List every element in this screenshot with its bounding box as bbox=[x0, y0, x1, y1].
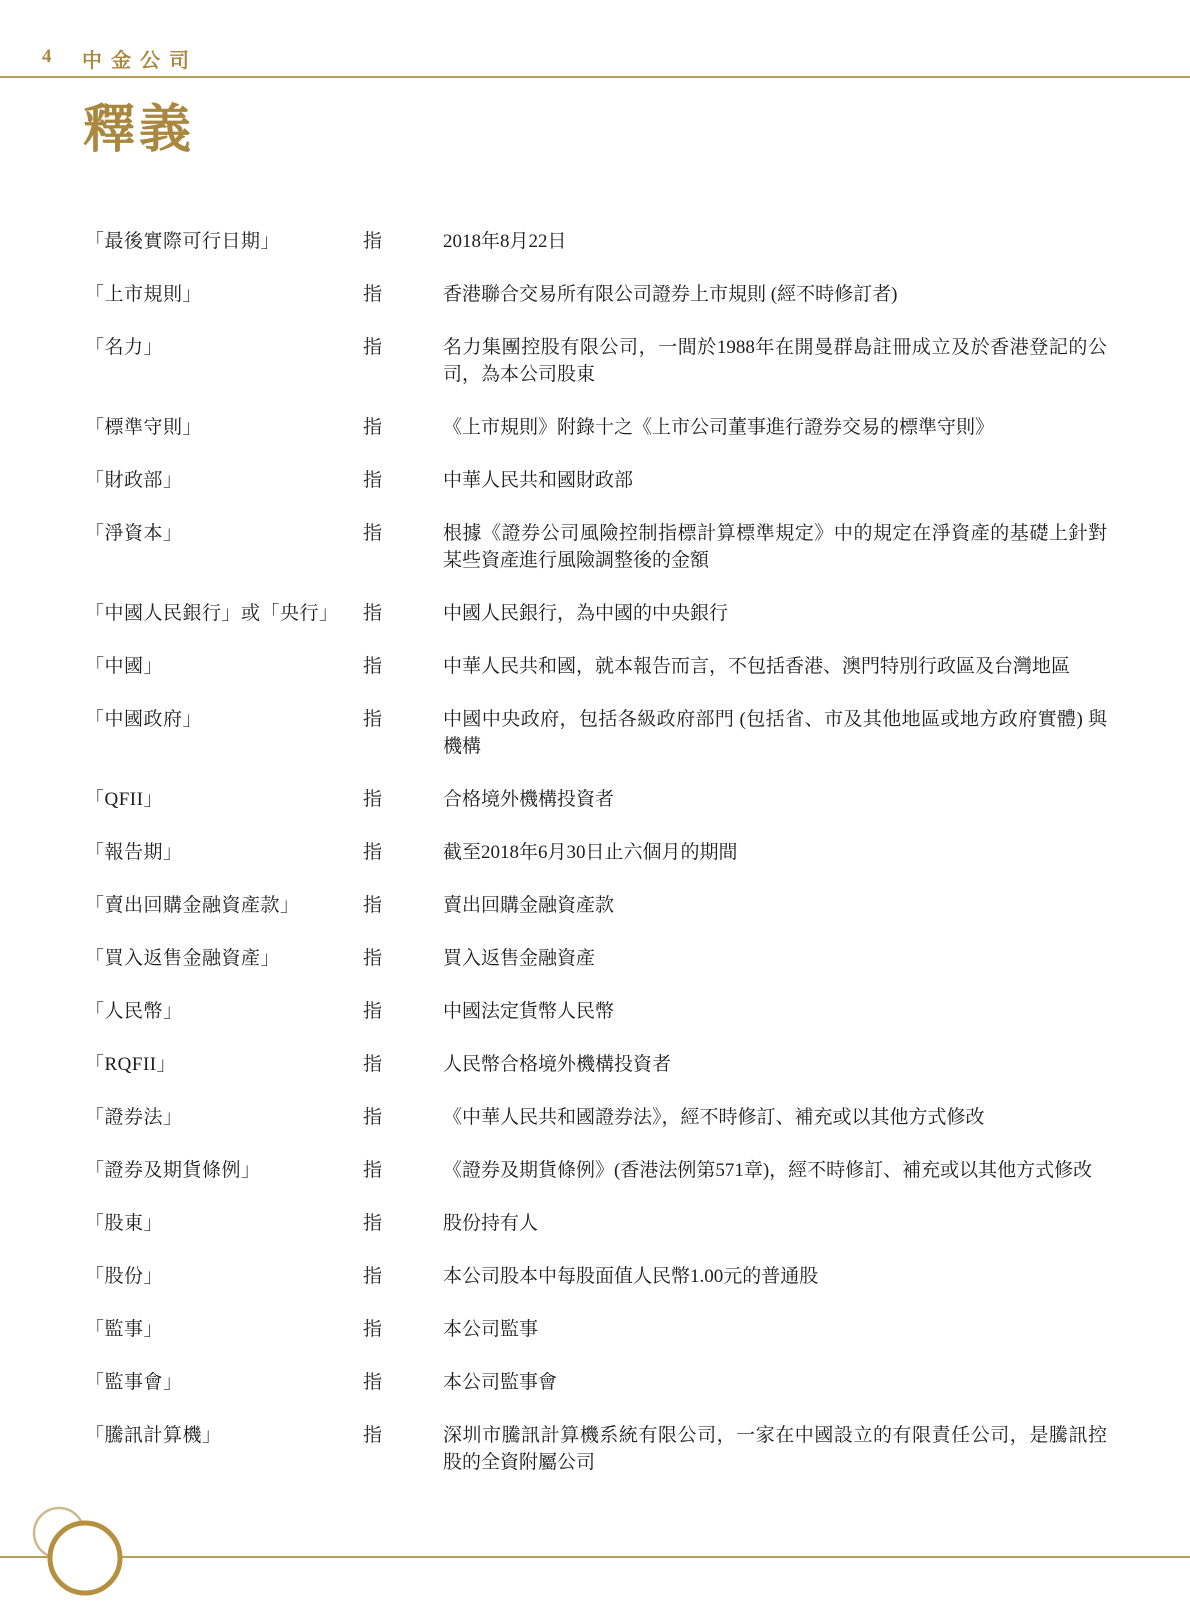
glossary-connector: 指 bbox=[363, 839, 443, 866]
glossary-definition: 深圳市騰訊計算機系統有限公司，一家在中國設立的有限責任公司，是騰訊控股的全資附屬… bbox=[443, 1422, 1107, 1476]
glossary-term: 「淨資本」 bbox=[85, 520, 363, 547]
glossary-definition: 名力集團控股有限公司，一間於1988年在開曼群島註冊成立及於香港登記的公司，為本… bbox=[443, 334, 1107, 388]
glossary-definition: 2018年8月22日 bbox=[443, 228, 1107, 255]
glossary-definition: 賣出回購金融資產款 bbox=[443, 892, 1107, 919]
glossary-connector: 指 bbox=[363, 1263, 443, 1290]
glossary-list: 「最後實際可行日期」 指 2018年8月22日 「上市規則」 指 香港聯合交易所… bbox=[85, 228, 1107, 1476]
glossary-term: 「名力」 bbox=[85, 334, 363, 361]
glossary-row: 「股份」 指 本公司股本中每股面值人民幣1.00元的普通股 bbox=[85, 1263, 1107, 1290]
glossary-connector: 指 bbox=[363, 945, 443, 972]
glossary-term: 「最後實際可行日期」 bbox=[85, 228, 363, 255]
glossary-row: 「中國政府」 指 中國中央政府，包括各級政府部門 (包括省、市及其他地區或地方政… bbox=[85, 706, 1107, 760]
glossary-definition: 根據《證券公司風險控制指標計算標準規定》中的規定在淨資產的基礎上針對某些資產進行… bbox=[443, 520, 1107, 574]
glossary-definition: 中國法定貨幣人民幣 bbox=[443, 998, 1107, 1025]
glossary-row: 「上市規則」 指 香港聯合交易所有限公司證券上市規則 (經不時修訂者) bbox=[85, 281, 1107, 308]
glossary-definition: 本公司監事 bbox=[443, 1316, 1107, 1343]
glossary-term: 「賣出回購金融資產款」 bbox=[85, 892, 363, 919]
glossary-term: 「證券及期貨條例」 bbox=[85, 1157, 363, 1184]
glossary-term: 「財政部」 bbox=[85, 467, 363, 494]
glossary-row: 「報告期」 指 截至2018年6月30日止六個月的期間 bbox=[85, 839, 1107, 866]
glossary-connector: 指 bbox=[363, 998, 443, 1025]
glossary-row: 「證券法」 指 《中華人民共和國證券法》，經不時修訂、補充或以其他方式修改 bbox=[85, 1104, 1107, 1131]
glossary-definition: 中華人民共和國財政部 bbox=[443, 467, 1107, 494]
glossary-definition: 人民幣合格境外機構投資者 bbox=[443, 1051, 1107, 1078]
glossary-term: 「中國人民銀行」或「央行」 bbox=[85, 600, 363, 627]
glossary-connector: 指 bbox=[363, 467, 443, 494]
glossary-definition: 中華人民共和國，就本報告而言，不包括香港、澳門特別行政區及台灣地區 bbox=[443, 653, 1107, 680]
glossary-connector: 指 bbox=[363, 600, 443, 627]
page-number: 4 bbox=[42, 46, 52, 68]
glossary-connector: 指 bbox=[363, 281, 443, 308]
glossary-definition: 香港聯合交易所有限公司證券上市規則 (經不時修訂者) bbox=[443, 281, 1107, 308]
glossary-term: 「人民幣」 bbox=[85, 998, 363, 1025]
page-header: 4 中金公司 bbox=[0, 0, 1190, 78]
glossary-definition: 《中華人民共和國證券法》，經不時修訂、補充或以其他方式修改 bbox=[443, 1104, 1107, 1131]
glossary-term: 「報告期」 bbox=[85, 839, 363, 866]
glossary-definition: 股份持有人 bbox=[443, 1210, 1107, 1237]
glossary-term: 「中國政府」 bbox=[85, 706, 363, 733]
glossary-term: 「證券法」 bbox=[85, 1104, 363, 1131]
glossary-row: 「QFII」 指 合格境外機構投資者 bbox=[85, 786, 1107, 813]
glossary-row: 「標準守則」 指 《上市規則》附錄十之《上市公司董事進行證券交易的標準守則》 bbox=[85, 414, 1107, 441]
glossary-connector: 指 bbox=[363, 228, 443, 255]
glossary-row: 「股東」 指 股份持有人 bbox=[85, 1210, 1107, 1237]
glossary-definition: 《證券及期貨條例》(香港法例第571章)，經不時修訂、補充或以其他方式修改 bbox=[443, 1157, 1107, 1184]
glossary-row: 「中國人民銀行」或「央行」 指 中國人民銀行，為中國的中央銀行 bbox=[85, 600, 1107, 627]
glossary-definition: 《上市規則》附錄十之《上市公司董事進行證券交易的標準守則》 bbox=[443, 414, 1107, 441]
glossary-connector: 指 bbox=[363, 786, 443, 813]
glossary-row: 「財政部」 指 中華人民共和國財政部 bbox=[85, 467, 1107, 494]
glossary-definition: 本公司股本中每股面值人民幣1.00元的普通股 bbox=[443, 1263, 1107, 1290]
glossary-row: 「最後實際可行日期」 指 2018年8月22日 bbox=[85, 228, 1107, 255]
glossary-definition: 中國人民銀行，為中國的中央銀行 bbox=[443, 600, 1107, 627]
glossary-row: 「淨資本」 指 根據《證券公司風險控制指標計算標準規定》中的規定在淨資產的基礎上… bbox=[85, 520, 1107, 574]
glossary-connector: 指 bbox=[363, 892, 443, 919]
glossary-connector: 指 bbox=[363, 1316, 443, 1343]
glossary-connector: 指 bbox=[363, 1104, 443, 1131]
glossary-connector: 指 bbox=[363, 653, 443, 680]
glossary-row: 「監事」 指 本公司監事 bbox=[85, 1316, 1107, 1343]
glossary-term: 「監事」 bbox=[85, 1316, 363, 1343]
glossary-definition: 買入返售金融資產 bbox=[443, 945, 1107, 972]
glossary-connector: 指 bbox=[363, 1157, 443, 1184]
glossary-connector: 指 bbox=[363, 1210, 443, 1237]
glossary-term: 「股份」 bbox=[85, 1263, 363, 1290]
glossary-definition: 截至2018年6月30日止六個月的期間 bbox=[443, 839, 1107, 866]
glossary-row: 「賣出回購金融資產款」 指 賣出回購金融資產款 bbox=[85, 892, 1107, 919]
glossary-row: 「RQFII」 指 人民幣合格境外機構投資者 bbox=[85, 1051, 1107, 1078]
glossary-row: 「騰訊計算機」 指 深圳市騰訊計算機系統有限公司，一家在中國設立的有限責任公司，… bbox=[85, 1422, 1107, 1476]
glossary-term: 「股東」 bbox=[85, 1210, 363, 1237]
glossary-term: 「上市規則」 bbox=[85, 281, 363, 308]
glossary-row: 「中國」 指 中華人民共和國，就本報告而言，不包括香港、澳門特別行政區及台灣地區 bbox=[85, 653, 1107, 680]
glossary-row: 「人民幣」 指 中國法定貨幣人民幣 bbox=[85, 998, 1107, 1025]
glossary-term: 「騰訊計算機」 bbox=[85, 1422, 363, 1449]
glossary-connector: 指 bbox=[363, 1051, 443, 1078]
glossary-term: 「中國」 bbox=[85, 653, 363, 680]
glossary-term: 「買入返售金融資產」 bbox=[85, 945, 363, 972]
glossary-connector: 指 bbox=[363, 706, 443, 733]
glossary-definition: 中國中央政府，包括各級政府部門 (包括省、市及其他地區或地方政府實體) 與機構 bbox=[443, 706, 1107, 760]
glossary-term: 「標準守則」 bbox=[85, 414, 363, 441]
glossary-connector: 指 bbox=[363, 414, 443, 441]
glossary-term: 「QFII」 bbox=[85, 786, 363, 813]
glossary-connector: 指 bbox=[363, 1422, 443, 1449]
glossary-term: 「RQFII」 bbox=[85, 1051, 363, 1078]
glossary-row: 「買入返售金融資產」 指 買入返售金融資產 bbox=[85, 945, 1107, 972]
glossary-row: 「證券及期貨條例」 指 《證券及期貨條例》(香港法例第571章)，經不時修訂、補… bbox=[85, 1157, 1107, 1184]
glossary-definition: 本公司監事會 bbox=[443, 1369, 1107, 1396]
glossary-definition: 合格境外機構投資者 bbox=[443, 786, 1107, 813]
glossary-connector: 指 bbox=[363, 520, 443, 547]
decorative-circles-logo bbox=[0, 1480, 200, 1615]
company-name: 中金公司 bbox=[82, 44, 198, 73]
glossary-connector: 指 bbox=[363, 334, 443, 361]
dark-circle-icon bbox=[50, 1523, 120, 1593]
glossary-row: 「監事會」 指 本公司監事會 bbox=[85, 1369, 1107, 1396]
page-title: 釋義 bbox=[83, 102, 195, 160]
glossary-term: 「監事會」 bbox=[85, 1369, 363, 1396]
document-page: 4 中金公司 釋義 「最後實際可行日期」 指 2018年8月22日 「上市規則」… bbox=[0, 0, 1190, 1615]
glossary-row: 「名力」 指 名力集團控股有限公司，一間於1988年在開曼群島註冊成立及於香港登… bbox=[85, 334, 1107, 388]
glossary-connector: 指 bbox=[363, 1369, 443, 1396]
